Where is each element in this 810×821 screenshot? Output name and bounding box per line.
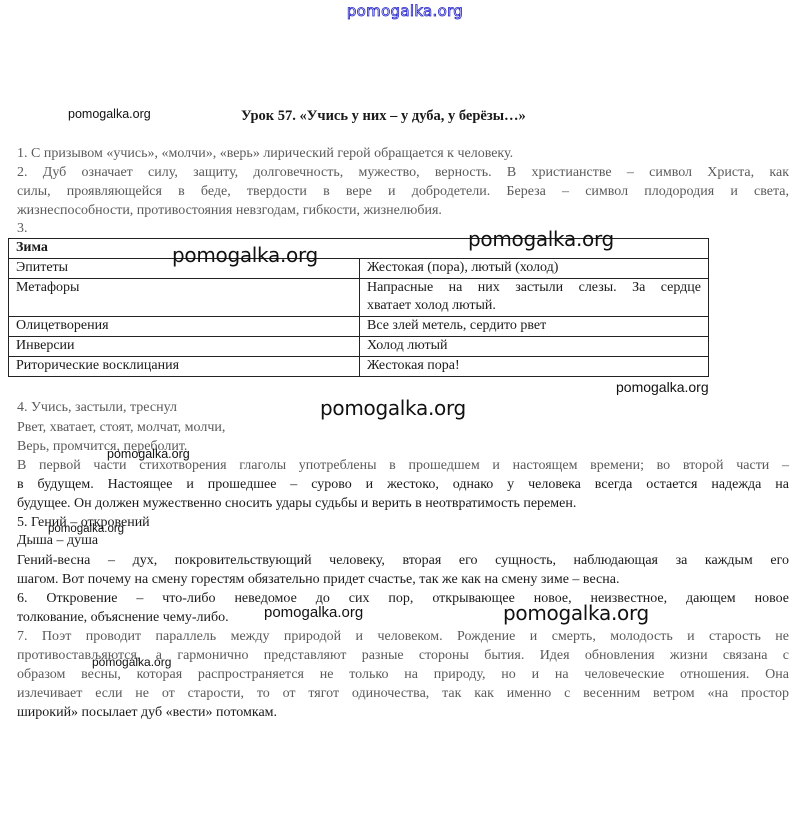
item-6-line-2: толкование, объяснение чему-либо. bbox=[17, 608, 789, 627]
device-cell: Олицетворения bbox=[9, 317, 360, 337]
watermark-table-right: pomogalka.org bbox=[468, 227, 614, 251]
item-2-line-3: жизнеспособности, противостояния невзгод… bbox=[17, 201, 789, 220]
item-3-label: 3. bbox=[17, 219, 789, 238]
item-6-line-1: 6. Откровение – что-либо неведомое до си… bbox=[17, 589, 789, 608]
example-line-2: хватает холод лютый. bbox=[367, 298, 496, 313]
watermark-title-left: pomogalka.org bbox=[68, 107, 151, 121]
table-row: Олицетворения Все злей метель, сердито р… bbox=[9, 317, 709, 337]
example-cell: Напрасные на них застыли слезы. За сердц… bbox=[360, 279, 709, 317]
item-2-line-1: 2. Дуб означает силу, защиту, долговечно… bbox=[17, 163, 789, 182]
watermark-section6-big: pomogalka.org bbox=[503, 601, 649, 625]
item-7-line-3: образом весны, которая распространяется … bbox=[17, 665, 789, 684]
item-1: 1. С призывом «учись», «молчи», «верь» л… bbox=[17, 144, 789, 163]
item-2-line-2: силы, проявляющейся в беде, твердости в … bbox=[17, 182, 789, 201]
item-5-line-4: шагом. Вот почему на смену горестям обяз… bbox=[17, 570, 789, 589]
example-cell: Жестокая пора! bbox=[360, 357, 709, 377]
item-4-line-2: Рвет, хватает, стоят, молчат, молчи, bbox=[17, 418, 789, 437]
page-title: Урок 57. «Учись у них – у дуба, у берёзы… bbox=[241, 108, 526, 125]
item-5-line-1: 5. Гений – откровений bbox=[17, 513, 789, 532]
table-row: Метафоры Напрасные на них застыли слезы.… bbox=[9, 279, 709, 317]
stylistic-devices-table: Зима Эпитеты Жестокая (пора), лютый (хол… bbox=[8, 238, 709, 377]
item-5-line-3: Гений-весна – дух, покровительствующий ч… bbox=[17, 551, 789, 570]
item-7-line-1: 7. Поэт проводит параллель между природо… bbox=[17, 627, 789, 646]
item-4-line-5: в будущем. Настоящее и прошедшее – суров… bbox=[17, 475, 789, 494]
device-cell: Инверсии bbox=[9, 337, 360, 357]
watermark-table-left: pomogalka.org bbox=[172, 243, 318, 267]
example-line-1: Напрасные на них застыли слезы. За сердц… bbox=[367, 279, 701, 297]
item-4-line-6: будущее. Он должен мужественно сносить у… bbox=[17, 494, 789, 513]
example-cell: Жестокая (пора), лютый (холод) bbox=[360, 259, 709, 279]
top-watermark: pomogalka.org bbox=[0, 2, 810, 20]
item-7-line-4: излечивает если не от старости, то от тя… bbox=[17, 684, 789, 703]
table-row: Инверсии Холод лютый bbox=[9, 337, 709, 357]
item-4-line-4: В первой части стихотворения глаголы упо… bbox=[17, 456, 789, 475]
device-cell: Метафоры bbox=[9, 279, 360, 317]
item-4-line-1: 4. Учись, застыли, треснул bbox=[17, 398, 789, 417]
example-cell: Холод лютый bbox=[360, 337, 709, 357]
item-7-line-5: широкий» посылает дуб «вести» потомкам. bbox=[17, 703, 789, 722]
watermark-section6-mid: pomogalka.org bbox=[264, 604, 363, 621]
table-row: Риторические восклицания Жестокая пора! bbox=[9, 357, 709, 377]
watermark-after-table-right: pomogalka.org bbox=[616, 379, 709, 395]
example-cell: Все злей метель, сердито рвет bbox=[360, 317, 709, 337]
item-5-line-2: Дыша – душа bbox=[17, 531, 789, 550]
table-row: Эпитеты Жестокая (пора), лютый (холод) bbox=[9, 259, 709, 279]
device-cell: Риторические восклицания bbox=[9, 357, 360, 377]
